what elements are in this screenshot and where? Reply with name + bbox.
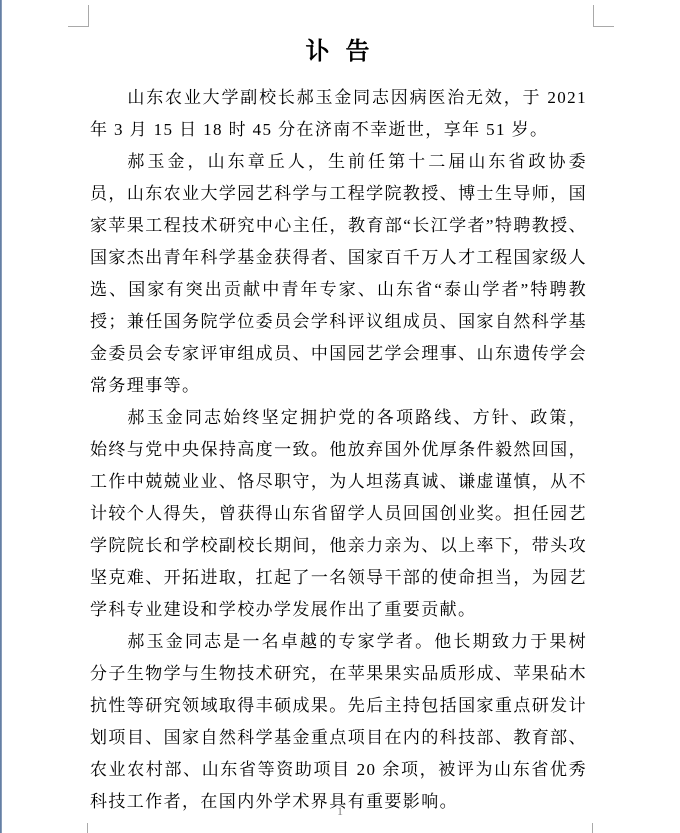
window-left-edge: [0, 0, 2, 833]
document-title: 讣 告: [90, 36, 587, 68]
paragraph-academic-achievements: 郝玉金同志是一名卓越的专家学者。他长期致力于果树分子生物学与生物技术研究，在苹果…: [90, 626, 587, 818]
paragraph-death-notice: 山东农业大学副校长郝玉金同志因病医治无效，于 2021 年 3 月 15 日 1…: [90, 82, 587, 146]
page-number: 1: [0, 803, 680, 819]
document-body: 讣 告 山东农业大学副校长郝玉金同志因病医治无效，于 2021 年 3 月 15…: [90, 36, 587, 818]
crop-mark-bottom-right: [592, 823, 593, 833]
paragraph-biography-titles: 郝玉金，山东章丘人，生前任第十二届山东省政协委员，山东农业大学园艺科学与工程学院…: [90, 146, 587, 402]
crop-mark-bottom-left: [87, 823, 88, 833]
paragraph-character-contributions: 郝玉金同志始终坚定拥护党的各项路线、方针、政策，始终与党中央保持高度一致。他放弃…: [90, 402, 587, 626]
crop-mark-top-left: [68, 5, 89, 27]
crop-mark-top-right: [593, 5, 614, 27]
document-page[interactable]: 讣 告 山东农业大学副校长郝玉金同志因病医治无效，于 2021 年 3 月 15…: [0, 0, 680, 833]
